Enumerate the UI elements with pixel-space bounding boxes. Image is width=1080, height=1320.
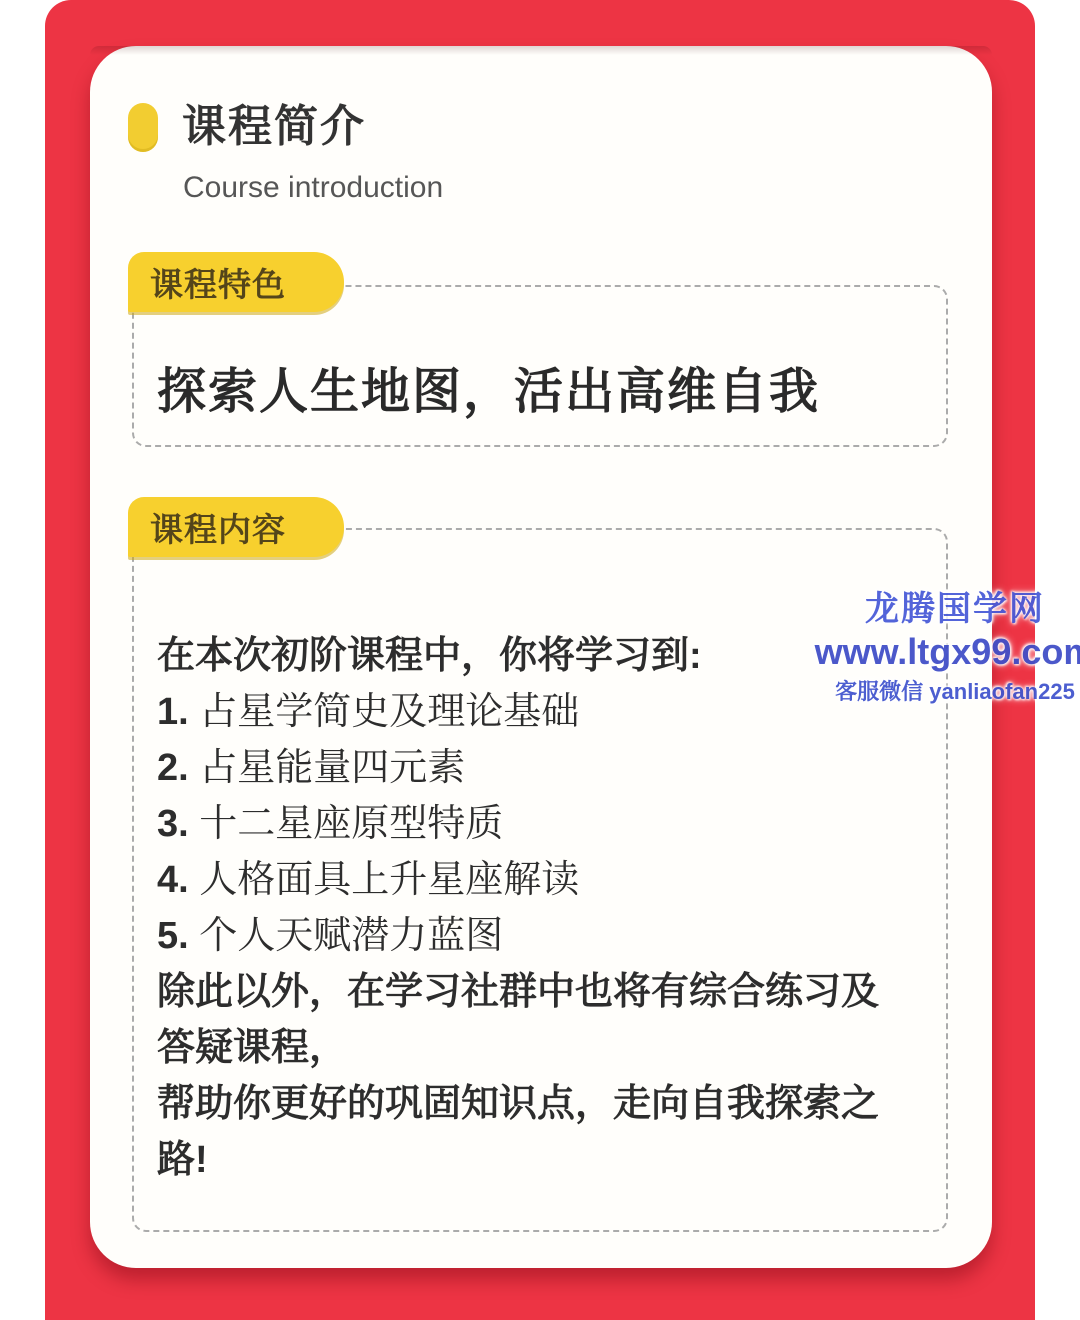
page-title: 课程简介 <box>182 100 366 154</box>
list-item-number: 5. <box>157 915 189 957</box>
list-item: 2. 占星能量四元素 <box>157 740 928 796</box>
outro-line: 除此以外，在学习社群中也将有综合练习及 <box>157 964 928 1020</box>
list-item-text: 个人天赋潜力蓝图 <box>199 915 503 957</box>
feature-headline: 探索人生地图，活出高维自我 <box>157 353 946 423</box>
list-item-number: 1. <box>157 691 189 733</box>
list-item-number: 2. <box>157 747 189 789</box>
outro-line: 答疑课程， <box>157 1020 928 1076</box>
list-item: 1. 占星学简史及理论基础 <box>157 684 928 740</box>
promo-page: 课程简介 Course introduction 课程特色 探索人生地图，活出高… <box>0 0 1080 1320</box>
outro-line: 路! <box>157 1132 928 1188</box>
yellow-accent-bar <box>128 103 158 152</box>
course-intro-card: 课程简介 Course introduction 课程特色 探索人生地图，活出高… <box>90 46 992 1268</box>
contents-box: 在本次初阶课程中，你将学习到: 1. 占星学简史及理论基础 2. 占星能量四元素… <box>132 528 948 1232</box>
list-item: 5. 个人天赋潜力蓝图 <box>157 908 928 964</box>
list-item-text: 占星能量四元素 <box>199 747 465 789</box>
list-item-number: 3. <box>157 803 189 845</box>
badge-course-features-label: 课程特色 <box>150 259 286 306</box>
list-item-number: 4. <box>157 859 189 901</box>
list-item-text: 十二星座原型特质 <box>199 803 503 845</box>
list-item: 4. 人格面具上升星座解读 <box>157 852 928 908</box>
contents-intro: 在本次初阶课程中，你将学习到: <box>157 628 928 684</box>
badge-course-features: 课程特色 <box>128 252 344 312</box>
badge-course-contents: 课程内容 <box>128 497 344 557</box>
contents-body: 在本次初阶课程中，你将学习到: 1. 占星学简史及理论基础 2. 占星能量四元素… <box>134 530 946 1188</box>
badge-course-contents-label: 课程内容 <box>150 504 286 551</box>
outro-line: 帮助你更好的巩固知识点，走向自我探索之 <box>157 1076 928 1132</box>
list-item-text: 人格面具上升星座解读 <box>199 859 579 901</box>
page-subtitle: Course introduction <box>183 170 443 206</box>
list-item-text: 占星学简史及理论基础 <box>199 691 579 733</box>
list-item: 3. 十二星座原型特质 <box>157 796 928 852</box>
